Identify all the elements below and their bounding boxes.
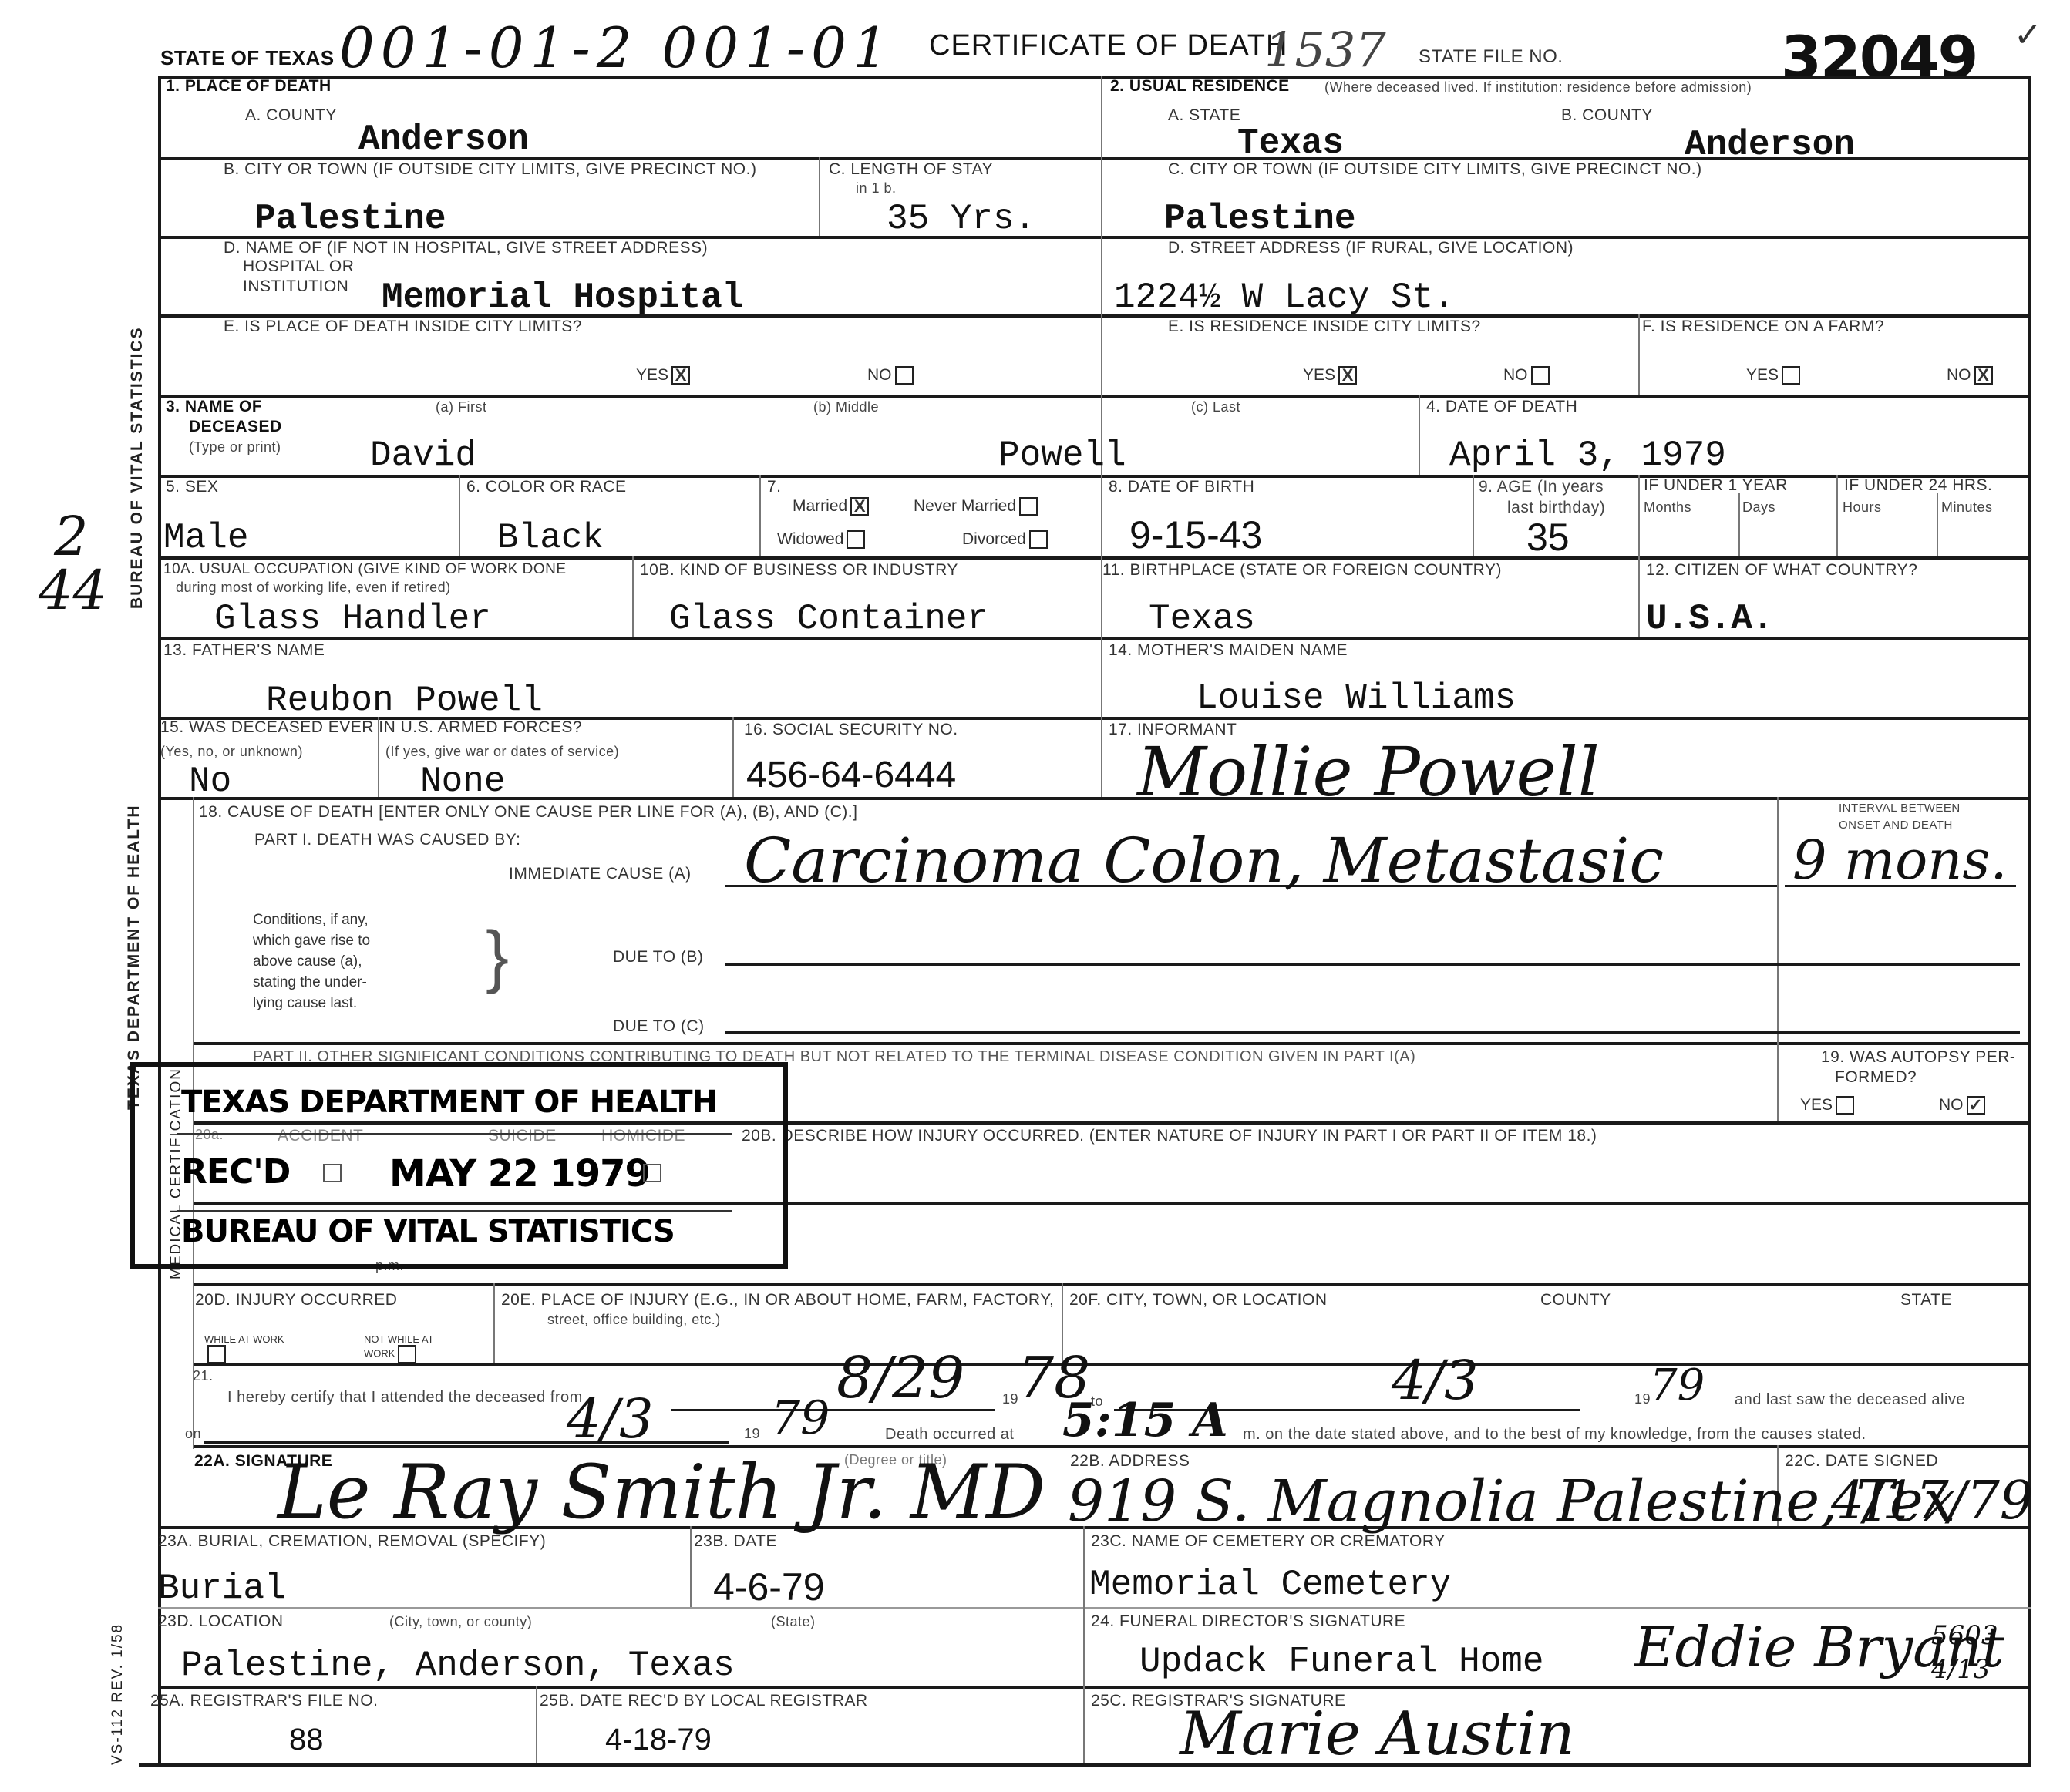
- not-while-at-work[interactable]: NOT WHILE AT WORK: [364, 1333, 464, 1363]
- residence-label: 2. USUAL RESIDENCE: [1110, 77, 1290, 96]
- cert-last-seen-year: 79: [771, 1391, 830, 1445]
- place-injury-label2: street, office building, etc.): [547, 1312, 721, 1328]
- checkbox-checked-icon: X: [671, 366, 690, 385]
- days-label: Days: [1742, 499, 1775, 516]
- age-value: 35: [1526, 515, 1570, 560]
- checkbox-empty-icon: [847, 530, 865, 549]
- immediate-cause-label: IMMEDIATE CAUSE (a): [509, 865, 692, 883]
- director-label: 24. FUNERAL DIRECTOR'S SIGNATURE: [1091, 1612, 1405, 1631]
- checkbox-empty-icon: [895, 366, 914, 385]
- stamp-line3: BUREAU OF VITAL STATISTICS: [181, 1214, 675, 1249]
- name-hint: (Type or print): [189, 439, 281, 456]
- under-24-hrs-label: IF UNDER 24 HRS.: [1844, 476, 1992, 495]
- checkbox-empty-icon: [1531, 366, 1550, 385]
- injury-city-label: 20f. CITY, TOWN, OR LOCATION: [1069, 1291, 1328, 1310]
- death-at-label: Death occurred at: [885, 1426, 1014, 1444]
- marital-label: 7.: [767, 478, 782, 496]
- cert-from-year-prefix: 19: [1002, 1391, 1018, 1407]
- pod-stay-label: c. LENGTH OF STAY: [829, 160, 993, 179]
- brace-icon: }: [486, 917, 509, 997]
- checkbox-empty-icon: [1019, 497, 1038, 516]
- checkbox-empty-icon: [643, 1164, 661, 1182]
- handwritten-local-no: 1537: [1264, 22, 1386, 78]
- place-injury-label: 20e. PLACE OF INJURY (e.g., in or about …: [501, 1291, 1054, 1310]
- injury-occurred-label: 20d. INJURY OCCURRED: [195, 1291, 397, 1310]
- cert-text1: I hereby certify that I attended the dec…: [227, 1389, 583, 1407]
- pod-hospital-value: Memorial Hospital: [382, 277, 743, 318]
- res-county-label: b. COUNTY: [1561, 106, 1653, 125]
- burial-method-value: Burial: [158, 1568, 286, 1609]
- marital-married[interactable]: MarriedX: [793, 497, 869, 516]
- res-street-value: 1224½ W Lacy St.: [1114, 277, 1455, 318]
- director-value: Updack Funeral Home: [1139, 1642, 1544, 1682]
- occupation-value: Glass Handler: [214, 599, 491, 639]
- pod-city-label: b. CITY OR TOWN (If outside city limits,…: [224, 160, 756, 179]
- cert-to-year: 79: [1650, 1360, 1705, 1410]
- occupation-label: 10a. USUAL OCCUPATION (Give kind of work…: [163, 561, 567, 578]
- place-of-death-label: 1. PLACE OF DEATH: [166, 77, 332, 96]
- marital-never-married[interactable]: Never Married: [914, 497, 1038, 516]
- father-label: 13. FATHER'S NAME: [163, 641, 325, 660]
- cemetery-value: Memorial Cemetery: [1089, 1565, 1451, 1605]
- armed-value: No: [189, 762, 231, 802]
- while-at-work[interactable]: WHILE AT WORK: [204, 1333, 289, 1363]
- registrar-date-value: 4-18-79: [605, 1723, 712, 1757]
- location-label: 23d. LOCATION: [158, 1612, 283, 1631]
- autopsy-no[interactable]: NO✓: [1939, 1096, 1985, 1115]
- armed-label: 15. WAS DECEASED EVER IN U.S. ARMED FORC…: [160, 718, 582, 737]
- autopsy-yes[interactable]: YES: [1800, 1096, 1854, 1115]
- first-name-label: (a) First: [436, 399, 487, 415]
- interval-label: INTERVAL BETWEEN: [1839, 802, 1961, 815]
- pod-hospital-label2: HOSPITAL OR: [243, 257, 354, 276]
- under-1-year-label: IF UNDER 1 YEAR: [1644, 476, 1788, 495]
- first-name-value: David: [370, 435, 476, 476]
- armed-sub1: (Yes, no, or unknown): [160, 744, 303, 760]
- race-label: 6. COLOR OR RACE: [466, 478, 627, 496]
- injury-county-label: COUNTY: [1540, 1291, 1611, 1310]
- dod-label: 4. DATE OF DEATH: [1426, 398, 1577, 416]
- res-street-label: d. STREET ADDRESS (If rural, give locati…: [1168, 239, 1574, 257]
- stamp-recd: REC'D: [181, 1152, 290, 1192]
- res-inside-city-yes[interactable]: YESX: [1303, 366, 1357, 385]
- marital-divorced[interactable]: Divorced: [962, 530, 1048, 549]
- handwritten-margin-bottom: 44: [39, 559, 107, 622]
- res-farm-yes[interactable]: YES: [1746, 366, 1800, 385]
- registrar-file-label: 25a. REGISTRAR'S FILE NO.: [150, 1692, 378, 1710]
- res-inside-city-label: e. IS RESIDENCE INSIDE CITY LIMITS?: [1168, 318, 1481, 336]
- months-label: Months: [1644, 499, 1691, 516]
- sex-label: 5. SEX: [166, 478, 218, 496]
- describe-injury-label: 20b. DESCRIBE HOW INJURY OCCURRED. (Ente…: [742, 1127, 1597, 1145]
- res-city-value: Palestine: [1164, 199, 1355, 239]
- res-state-label: a. STATE: [1168, 106, 1240, 125]
- check-mark-icon: ✓: [2014, 15, 2042, 55]
- conditions-note: Conditions, if any, which gave rise to a…: [253, 909, 370, 1014]
- ssn-value: 456-64-6444: [746, 754, 956, 796]
- res-farm-label: f. IS RESIDENCE ON A FARM?: [1642, 318, 1884, 336]
- residence-note: (Where deceased lived. If institution: r…: [1324, 79, 1752, 96]
- pod-hospital-label3: INSTITUTION: [243, 277, 348, 296]
- autopsy-label2: FORMED?: [1835, 1068, 1917, 1087]
- pod-stay-value: 35 Yrs.: [887, 199, 1035, 239]
- last-name-value: Powell: [998, 435, 1126, 476]
- location-value: Palestine, Anderson, Texas: [181, 1646, 735, 1686]
- last-name-label: (c) Last: [1191, 399, 1240, 415]
- cert-text2: and last saw the deceased alive: [1735, 1391, 1965, 1409]
- registrar-file-value: 88: [289, 1723, 324, 1757]
- pod-county-label: a. COUNTY: [245, 106, 337, 125]
- dod-value: April 3, 1979: [1449, 435, 1726, 476]
- dob-label: 8. DATE OF BIRTH: [1109, 478, 1254, 496]
- mother-value: Louise Williams: [1197, 678, 1516, 718]
- res-farm-no[interactable]: NOX: [1947, 366, 1993, 385]
- checkbox-checked-icon: ✓: [1967, 1096, 1985, 1115]
- received-stamp: TEXAS DEPARTMENT OF HEALTH REC'D MAY 22 …: [130, 1062, 788, 1269]
- cert-on-label: on: [185, 1426, 201, 1442]
- handwritten-code: 001-01-2 001-01: [339, 15, 894, 80]
- checkbox-empty-icon: [1029, 530, 1048, 549]
- interval-value: 9 mons.: [1792, 829, 2008, 892]
- date-signed-label: 22c. DATE SIGNED: [1785, 1452, 1938, 1471]
- cert-number: 21.: [193, 1368, 214, 1384]
- checkbox-empty-icon: [1782, 366, 1800, 385]
- burial-date-value: 4-6-79: [713, 1565, 825, 1609]
- checkbox-empty-icon: [1836, 1096, 1854, 1115]
- armed-sub2: (If yes, give war or dates of service): [385, 744, 619, 760]
- father-value: Reubon Powell: [266, 681, 543, 721]
- dob-value: 9-15-43: [1129, 513, 1262, 557]
- name-label: 3. NAME OF: [166, 398, 262, 416]
- res-city-label: c. CITY OR TOWN (If outside city limits,…: [1168, 160, 1702, 179]
- immediate-cause-value: Carcinoma Colon, Metastasic: [744, 825, 1664, 896]
- bureau-vertical-label: BUREAU OF VITAL STATISTICS: [128, 326, 146, 609]
- checkbox-checked-icon: X: [1974, 366, 1993, 385]
- physician-address: 919 S. Magnolia Palestine, Tex: [1068, 1468, 1955, 1535]
- registrar-date-label: 25b. DATE REC'D BY LOCAL REGISTRAR: [540, 1692, 868, 1710]
- state-file-label: STATE FILE NO.: [1419, 46, 1563, 68]
- checkbox-empty-icon: [323, 1164, 342, 1182]
- birthplace-value: Texas: [1149, 599, 1255, 639]
- location-sub1: (City, town, or county): [389, 1614, 532, 1630]
- marital-widowed[interactable]: Widowed: [777, 530, 865, 549]
- stamp-date: MAY 22 1979: [389, 1152, 650, 1195]
- location-sub2: (State): [771, 1614, 816, 1630]
- registrar-signature: Marie Austin: [1180, 1700, 1575, 1769]
- stamp-line1: TEXAS DEPARTMENT OF HEALTH: [181, 1084, 717, 1120]
- physician-signature: Le Ray Smith Jr. MD: [278, 1449, 1045, 1535]
- due-to-b-label: DUE TO (b): [613, 948, 703, 967]
- informant-signature: Mollie Powell: [1137, 732, 1600, 812]
- armed-service-value: None: [420, 762, 505, 802]
- death-time: 5:15 A: [1062, 1394, 1228, 1447]
- document-title: CERTIFICATE OF DEATH: [929, 29, 1287, 62]
- ssn-label: 16. SOCIAL SECURITY NO.: [744, 721, 958, 739]
- due-to-c-label: DUE TO (c): [613, 1017, 705, 1036]
- minutes-label: Minutes: [1941, 499, 1993, 516]
- burial-date-label: 23b. DATE: [694, 1532, 777, 1551]
- cert-text3: m. on the date stated above, and to the …: [1243, 1426, 1866, 1444]
- birthplace-label: 11. BIRTHPLACE (State or foreign country…: [1102, 561, 1502, 580]
- sex-value: Male: [163, 518, 248, 558]
- cert-last-seen-date: 4/3: [567, 1387, 654, 1451]
- cemetery-label: 23c. NAME OF CEMETERY OR CREMATORY: [1091, 1532, 1446, 1551]
- autopsy-label: 19. WAS AUTOPSY PER-: [1821, 1048, 2015, 1067]
- occupation-label2: during most of working life, even if ret…: [176, 580, 451, 596]
- state-file-number: 32049: [1781, 23, 1977, 92]
- cert-to-year-prefix: 19: [1634, 1391, 1651, 1407]
- res-county-value: Anderson: [1685, 125, 1855, 165]
- pod-inside-city-yes[interactable]: YESX: [636, 366, 690, 385]
- hours-label: Hours: [1843, 499, 1882, 516]
- cert-to-date: 4/3: [1392, 1349, 1479, 1412]
- res-inside-city-no[interactable]: NO: [1503, 366, 1550, 385]
- injury-state-label: STATE: [1900, 1291, 1952, 1310]
- pod-inside-city-label: e. IS PLACE OF DEATH INSIDE CITY LIMITS?: [224, 318, 582, 336]
- checkbox-empty-icon: [398, 1345, 416, 1363]
- mother-label: 14. MOTHER'S MAIDEN NAME: [1109, 641, 1348, 660]
- date-signed-value: 4/17/79: [1831, 1471, 2033, 1531]
- cert-last-seen-year-prefix: 19: [744, 1426, 760, 1442]
- race-value: Black: [497, 518, 604, 558]
- citizen-label: 12. CITIZEN OF WHAT COUNTRY?: [1646, 561, 1917, 580]
- pod-county-value: Anderson: [358, 119, 529, 160]
- checkbox-empty-icon: [207, 1345, 226, 1363]
- checkbox-checked-icon: X: [1338, 366, 1357, 385]
- middle-name-label: (b) Middle: [813, 399, 879, 415]
- citizen-value: U.S.A.: [1646, 599, 1774, 639]
- age-label: 9. AGE (In years: [1479, 478, 1604, 496]
- business-label: 10b. KIND OF BUSINESS OR INDUSTRY: [640, 561, 958, 580]
- cause-label: 18. CAUSE OF DEATH [Enter only one cause…: [199, 803, 857, 822]
- form-rev-label: VS-112 REV. 1/58: [109, 1623, 126, 1765]
- pod-stay-sub: in 1 b.: [856, 180, 897, 197]
- name-label2: DECEASED: [189, 418, 282, 436]
- cert-from-date: 8/29: [836, 1345, 964, 1411]
- state-label: STATE OF TEXAS: [160, 46, 335, 70]
- pod-city-value: Palestine: [254, 199, 446, 239]
- pod-hospital-label: d. NAME OF (If not in hospital, give str…: [224, 239, 708, 257]
- pod-inside-city-no[interactable]: NO: [867, 366, 914, 385]
- res-state-value: Texas: [1237, 123, 1344, 163]
- part1-label: PART I. DEATH WAS CAUSED BY:: [254, 831, 520, 849]
- business-value: Glass Container: [669, 599, 988, 639]
- checkbox-checked-icon: X: [850, 497, 869, 516]
- burial-method-label: 23a. BURIAL, CREMATION, REMOVAL (Specify…: [158, 1532, 546, 1551]
- director-note: 5603 4/13: [1931, 1619, 2001, 1686]
